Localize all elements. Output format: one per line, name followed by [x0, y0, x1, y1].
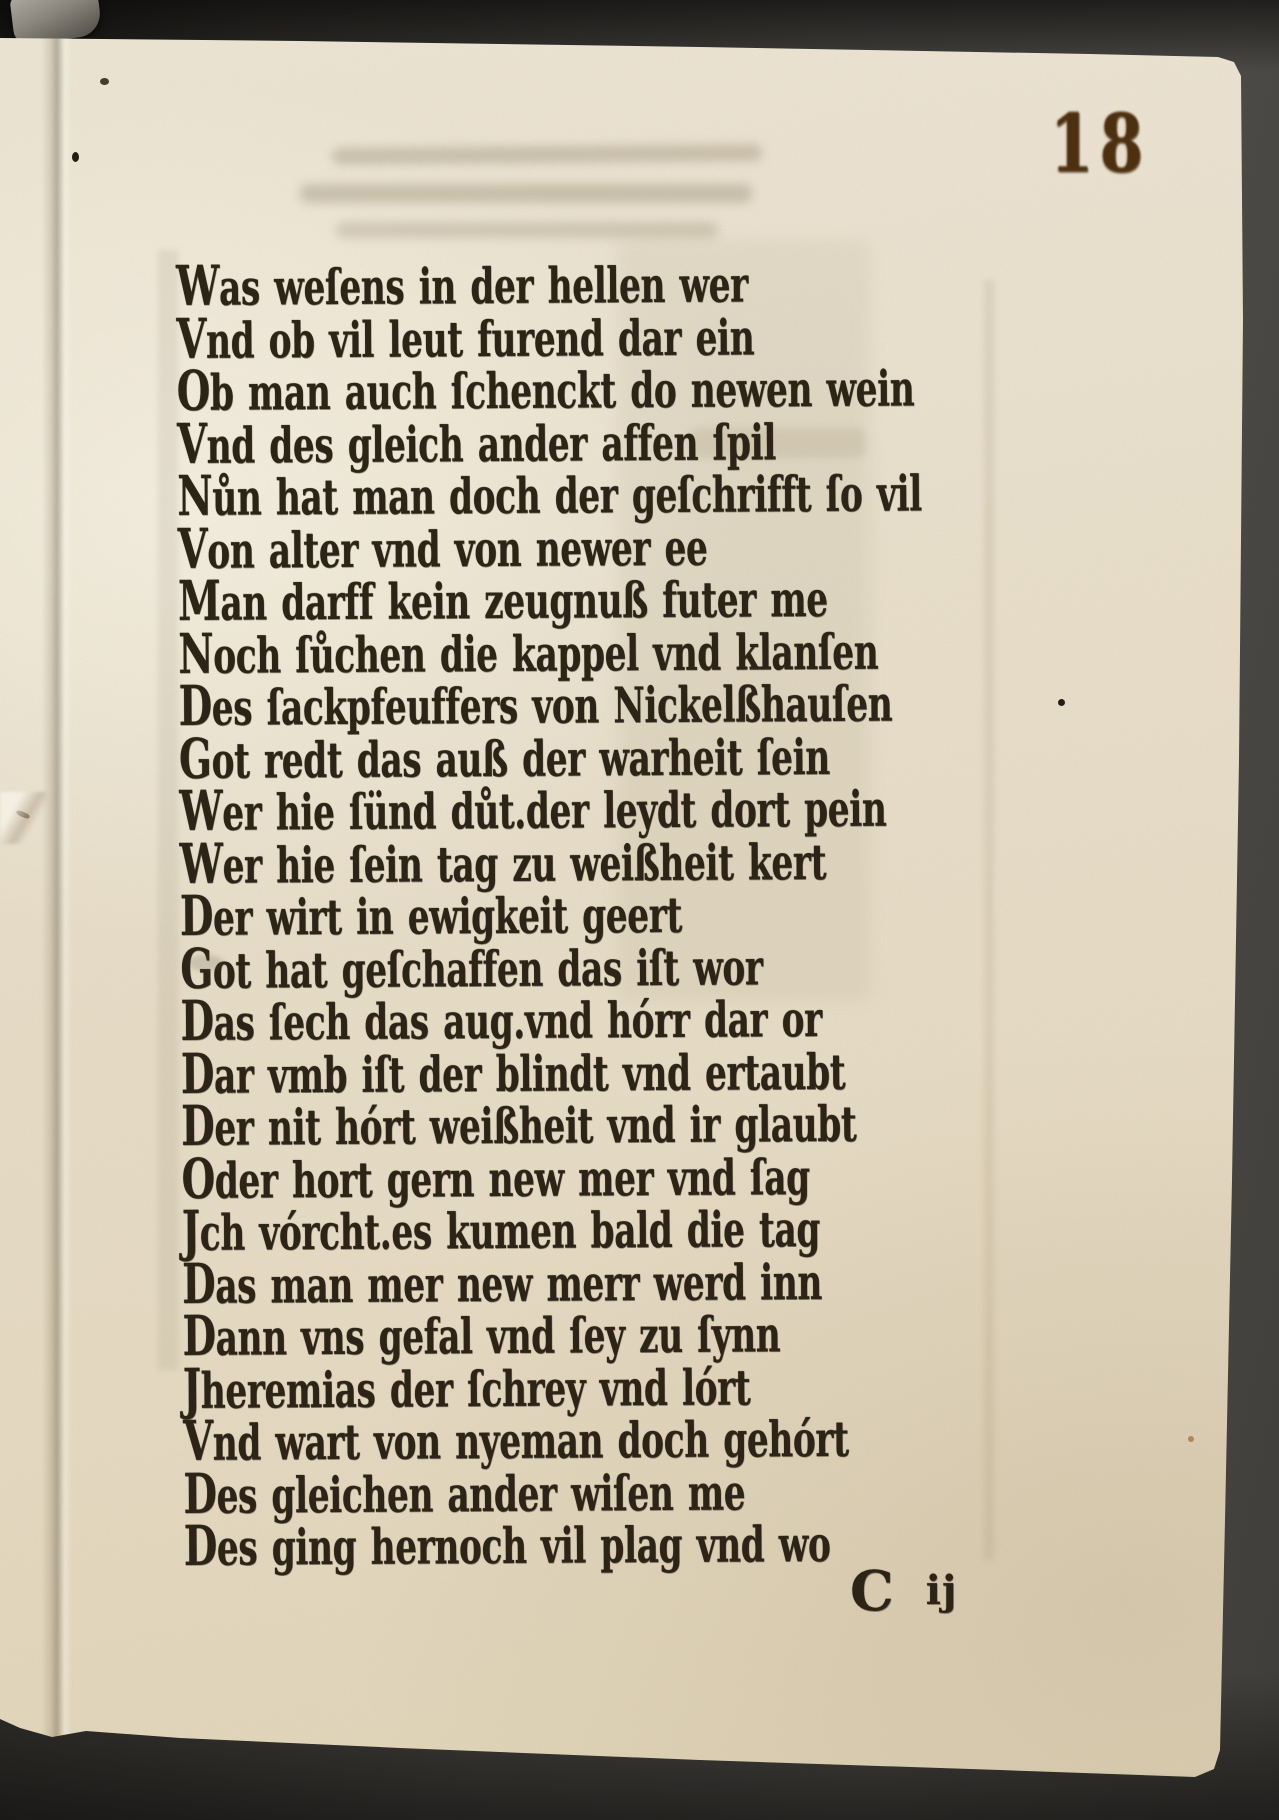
verse-line: Von alter vnd von newer ee: [178, 519, 724, 575]
edge-speck: [100, 78, 109, 85]
showthrough-line: [336, 222, 718, 238]
quire-signature: Cij: [850, 1558, 957, 1623]
verse-line: Dar vmb iſt der blindt vnd ertaubt: [181, 1044, 727, 1100]
verse-line: Der nit hórt weißheit vnd ir glaubt: [181, 1097, 727, 1153]
book-scan: 18 Was weſens in der hellen werVnd ob vi…: [0, 0, 1279, 1820]
verse-line: Des ſackpfeuffers von Nickelßhauſen: [179, 677, 725, 733]
edge-tear: [0, 792, 46, 844]
book-page: 18 Was weſens in der hellen werVnd ob vi…: [0, 0, 1279, 1820]
showthrough-line: [300, 184, 752, 203]
wormhole-speck: [72, 152, 79, 162]
stain: [188, 955, 224, 971]
verse-line: Got hat geſchaffen das iſt wor: [180, 939, 726, 995]
verse-text-block: Was weſens in der hellen werVnd ob vil l…: [176, 255, 964, 1572]
verse-line: Ob man auch ſchenckt do newen wein: [177, 362, 723, 418]
signature-letter: C: [850, 1558, 894, 1623]
folio-number: 18: [1050, 96, 1149, 190]
verse-line: Vnd wart von nyeman doch gehórt: [183, 1412, 729, 1468]
paper-crease: [984, 280, 994, 1560]
gutter-fold: [42, 0, 72, 1820]
verse-line: Das man mer new merr werd inn: [182, 1254, 728, 1310]
verse-line: Got redt das auß der warheit ſein: [179, 729, 725, 785]
verse-line: Oder hort gern new mer vnd ſag: [181, 1149, 727, 1205]
showthrough-line: [332, 144, 762, 165]
verse-line: Das ſech das aug.vnd hórr dar or: [180, 992, 726, 1048]
verse-line: Dann vns gefal vnd ſey zu ſynn: [182, 1307, 728, 1363]
verse-line: Vnd ob vil leut furend dar ein: [176, 309, 722, 365]
verse-line: Des gleichen ander wiſen me: [183, 1464, 729, 1520]
verse-line: Nůn hat man doch der geſchrifft ſo vil: [177, 467, 723, 523]
verse-line: Jch vórcht.es kumen bald die tag: [182, 1202, 728, 1258]
verse-line: Was weſens in der hellen wer: [176, 257, 722, 313]
verse-line: Jheremias der ſchrey vnd lórt: [183, 1359, 729, 1415]
verse-line: Man darff kein zeugnuß futer me: [178, 572, 724, 628]
verse-line: Wer hie ſein tag zu weißheit kert: [180, 834, 726, 890]
verse-line: Noch ſůchen die kappel vnd klanſen: [178, 624, 724, 680]
verse-line: Wer hie ſünd důt.der leydt dort pein: [179, 782, 725, 838]
verse-line: Vnd des gleich ander affen ſpil: [177, 414, 723, 470]
ink-speck: [1058, 699, 1065, 706]
ink-offset-smudge: [158, 250, 178, 1370]
verse-line: Der wirt in ewigkeit geert: [180, 887, 726, 943]
verse-line: Des ging hernoch vil plag vnd wo: [184, 1517, 730, 1573]
signature-numeral: ij: [926, 1567, 958, 1614]
foxing-dot: [1188, 1436, 1194, 1442]
